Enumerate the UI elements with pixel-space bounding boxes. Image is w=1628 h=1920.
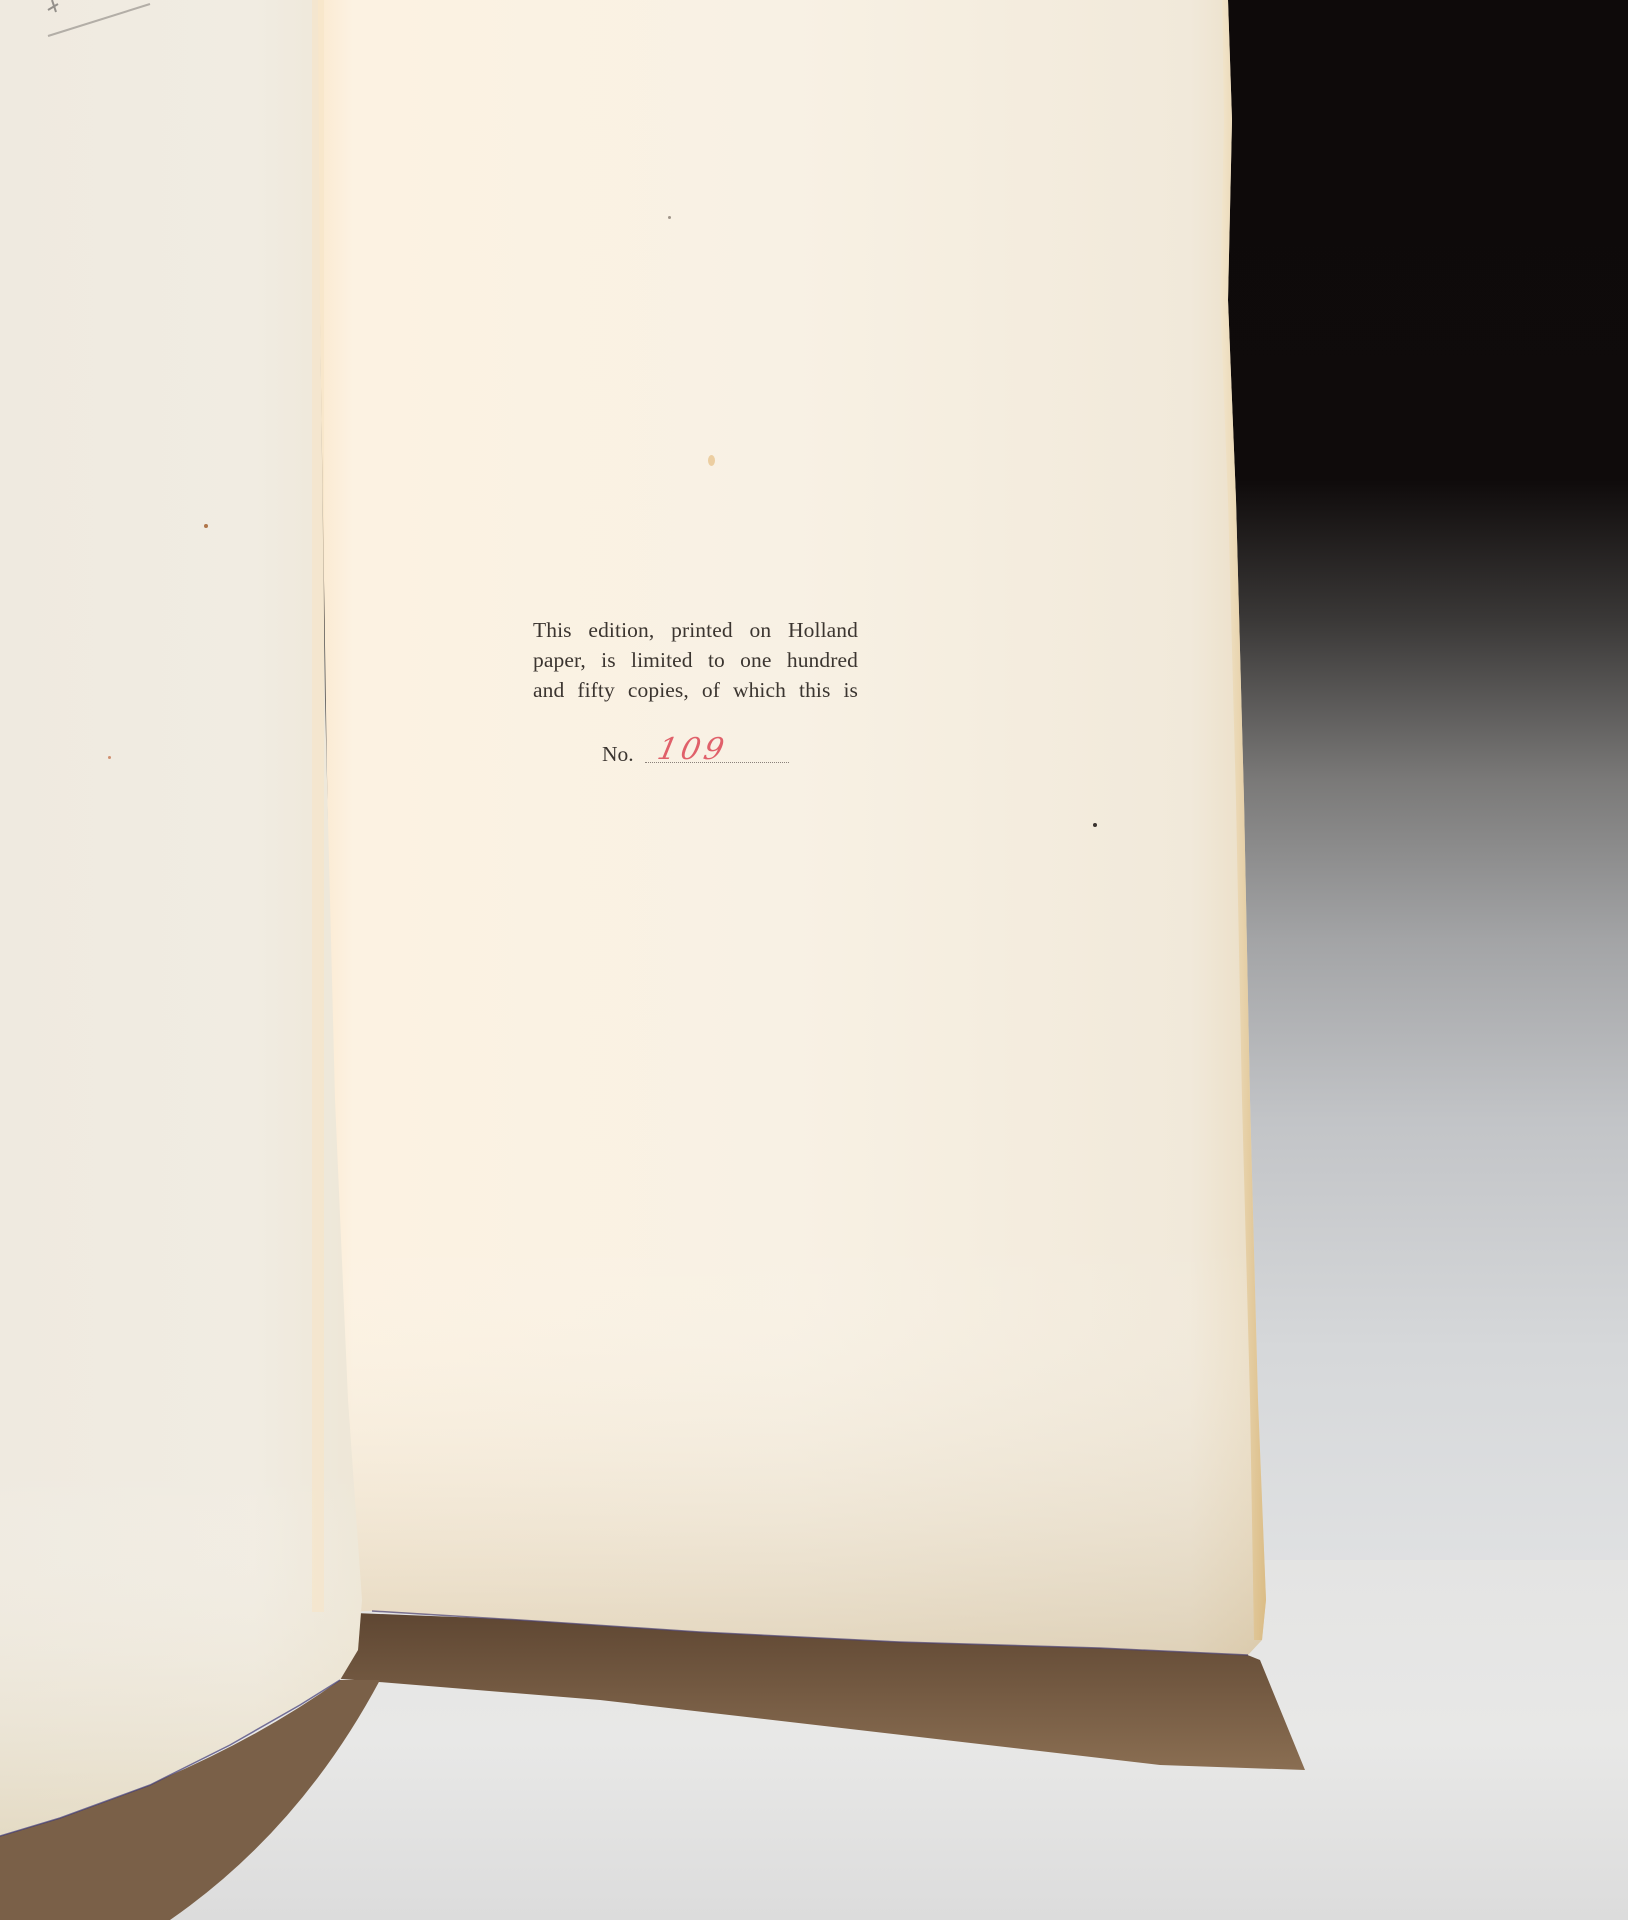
limitation-line-3: and fifty copies, of which this is [533,675,858,705]
paper-speck [1093,823,1097,827]
limitation-line-2: paper, is limited to one hundred [533,645,858,675]
copy-number-label: No. [602,742,634,767]
paper-foxing-speck [708,455,715,466]
paper-speck [668,216,671,219]
handwritten-copy-number: 109 [654,732,731,767]
paper-speck [204,524,208,528]
copy-number-line: No. 109 [602,738,802,778]
paper-speck [108,756,111,759]
limitation-line-1: This edition, printed on Holland [533,615,858,645]
book-pages-illustration [0,0,1628,1920]
limitation-statement: This edition, printed on Holland paper, … [533,615,858,705]
book-photo-scene: This edition, printed on Holland paper, … [0,0,1628,1920]
gutter-fold [312,0,324,1612]
